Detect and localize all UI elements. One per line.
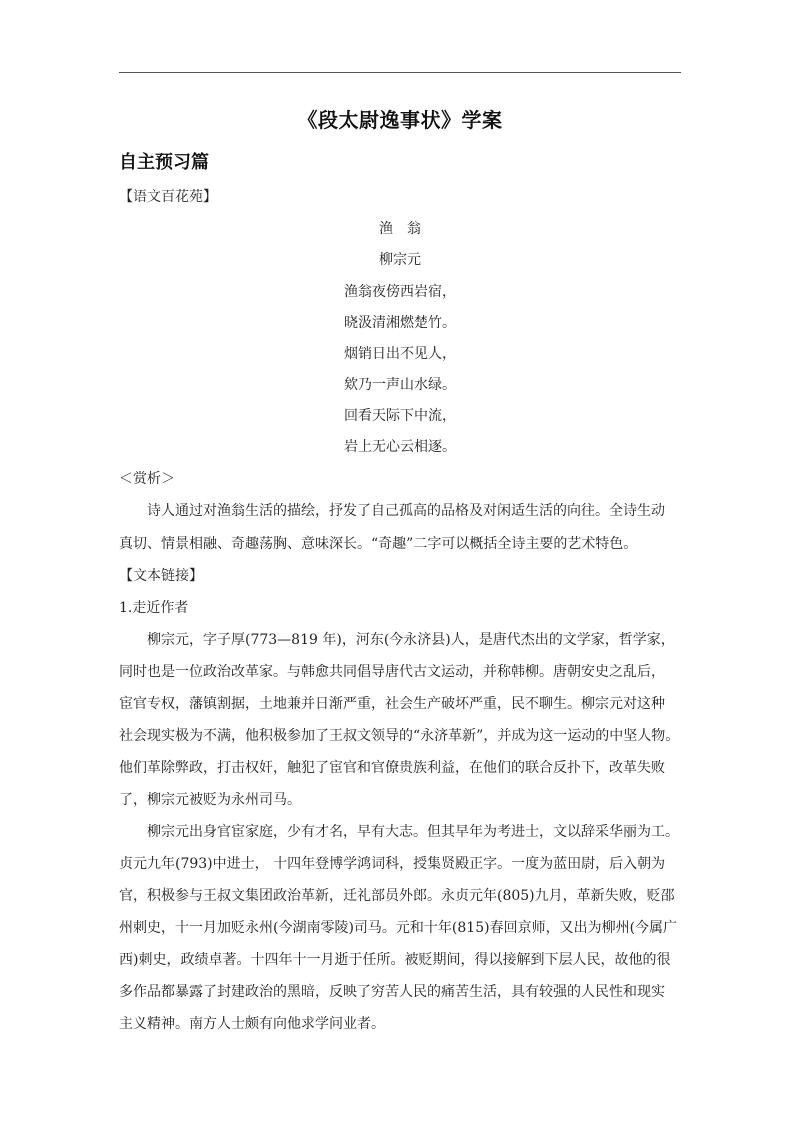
appreciation-text-line: 诗人通过对渔翁生活的描绘，抒发了自己孤高的品格及对闲适生活的向往。全诗生动 xyxy=(147,502,665,520)
paragraph-line: 社会现实极为不满，他积极参加了王叔文领导的“永济革新”，并成为这一运动的中坚人物… xyxy=(119,727,679,745)
appreciation-text-line: 真切、情景相融、奇趣荡胸、意味深长。“奇趣”二字可以概括全诗主要的艺术特色。 xyxy=(119,535,637,553)
paragraph-line: 柳宗元出身官宦家庭，少有才名，早有大志。但其早年为考进士，文以辞采华丽为工。 xyxy=(147,823,679,841)
poem-line: 欸乃一声山水绿。 xyxy=(0,376,800,394)
paragraph-line: 同时也是一位政治改革家。与韩愈共同倡导唐代古文运动，并称韩柳。唐朝安史之乱后， xyxy=(119,663,665,681)
paragraph-line: 主义精神。南方人士颇有向他求学问业者。 xyxy=(119,1015,385,1033)
poem-author: 柳宗元 xyxy=(0,251,800,269)
paragraph-line: 宦官专权，藩镇割据，土地兼并日渐严重，社会生产破坏严重，民不聊生。柳宗元对这种 xyxy=(119,695,665,713)
paragraph-line: 了，柳宗元被贬为永州司马。 xyxy=(119,791,301,809)
paragraph-line: 多作品都暴露了封建政治的黑暗，反映了穷苦人民的痛苦生活，具有较强的人民性和现实 xyxy=(119,983,665,1001)
poem-line: 回看天际下中流， xyxy=(0,407,800,425)
poem-line: 岩上无心云相逐。 xyxy=(0,438,800,456)
document-page: 《段太尉逸事状》学案 自主预习篇 【语文百花苑】 渔 翁 柳宗元 渔翁夜傍西岩宿… xyxy=(0,0,800,1132)
poem-line: 晓汲清湘燃楚竹。 xyxy=(0,314,800,332)
paragraph-line: 州刺史，十一月加贬永州(今湖南零陵)司马。元和十年(815)春回京师，又出为柳州… xyxy=(119,919,677,937)
poem-line: 渔翁夜傍西岩宿， xyxy=(0,283,800,301)
garden-label: 【语文百花苑】 xyxy=(119,188,217,206)
paragraph-line: 贞元九年(793)中进士， 十四年登博学鸿词科，授集贤殿正字。一度为蓝田尉，后入… xyxy=(119,855,665,873)
text-link-label: 【文本链接】 xyxy=(119,567,203,585)
header-rule xyxy=(119,72,681,73)
paragraph-line: 他们革除弊政，打击权奸，触犯了宦官和官僚贵族利益，在他们的联合反扑下，改革失败 xyxy=(119,759,665,777)
document-title: 《段太尉逸事状》学案 xyxy=(0,104,800,133)
section-heading: 自主预习篇 xyxy=(119,148,209,174)
appreciation-label: ＜赏析＞ xyxy=(119,470,175,488)
paragraph-line: 柳宗元，字子厚(773—819 年)，河东(今永济县)人，是唐代杰出的文学家，哲… xyxy=(147,631,675,649)
paragraph-line: 官，积极参与王叔文集团政治革新，迁礼部员外郎。永贞元年(805)九月，革新失败，… xyxy=(119,887,675,905)
paragraph-line: 西)刺史，政绩卓著。十四年十一月逝于任所。被贬期间，得以接解到下层人民，故他的很 xyxy=(119,951,670,969)
poem-line: 烟销日出不见人， xyxy=(0,345,800,363)
subsection-label: 1.走近作者 xyxy=(119,599,188,617)
poem-title: 渔 翁 xyxy=(0,220,800,238)
